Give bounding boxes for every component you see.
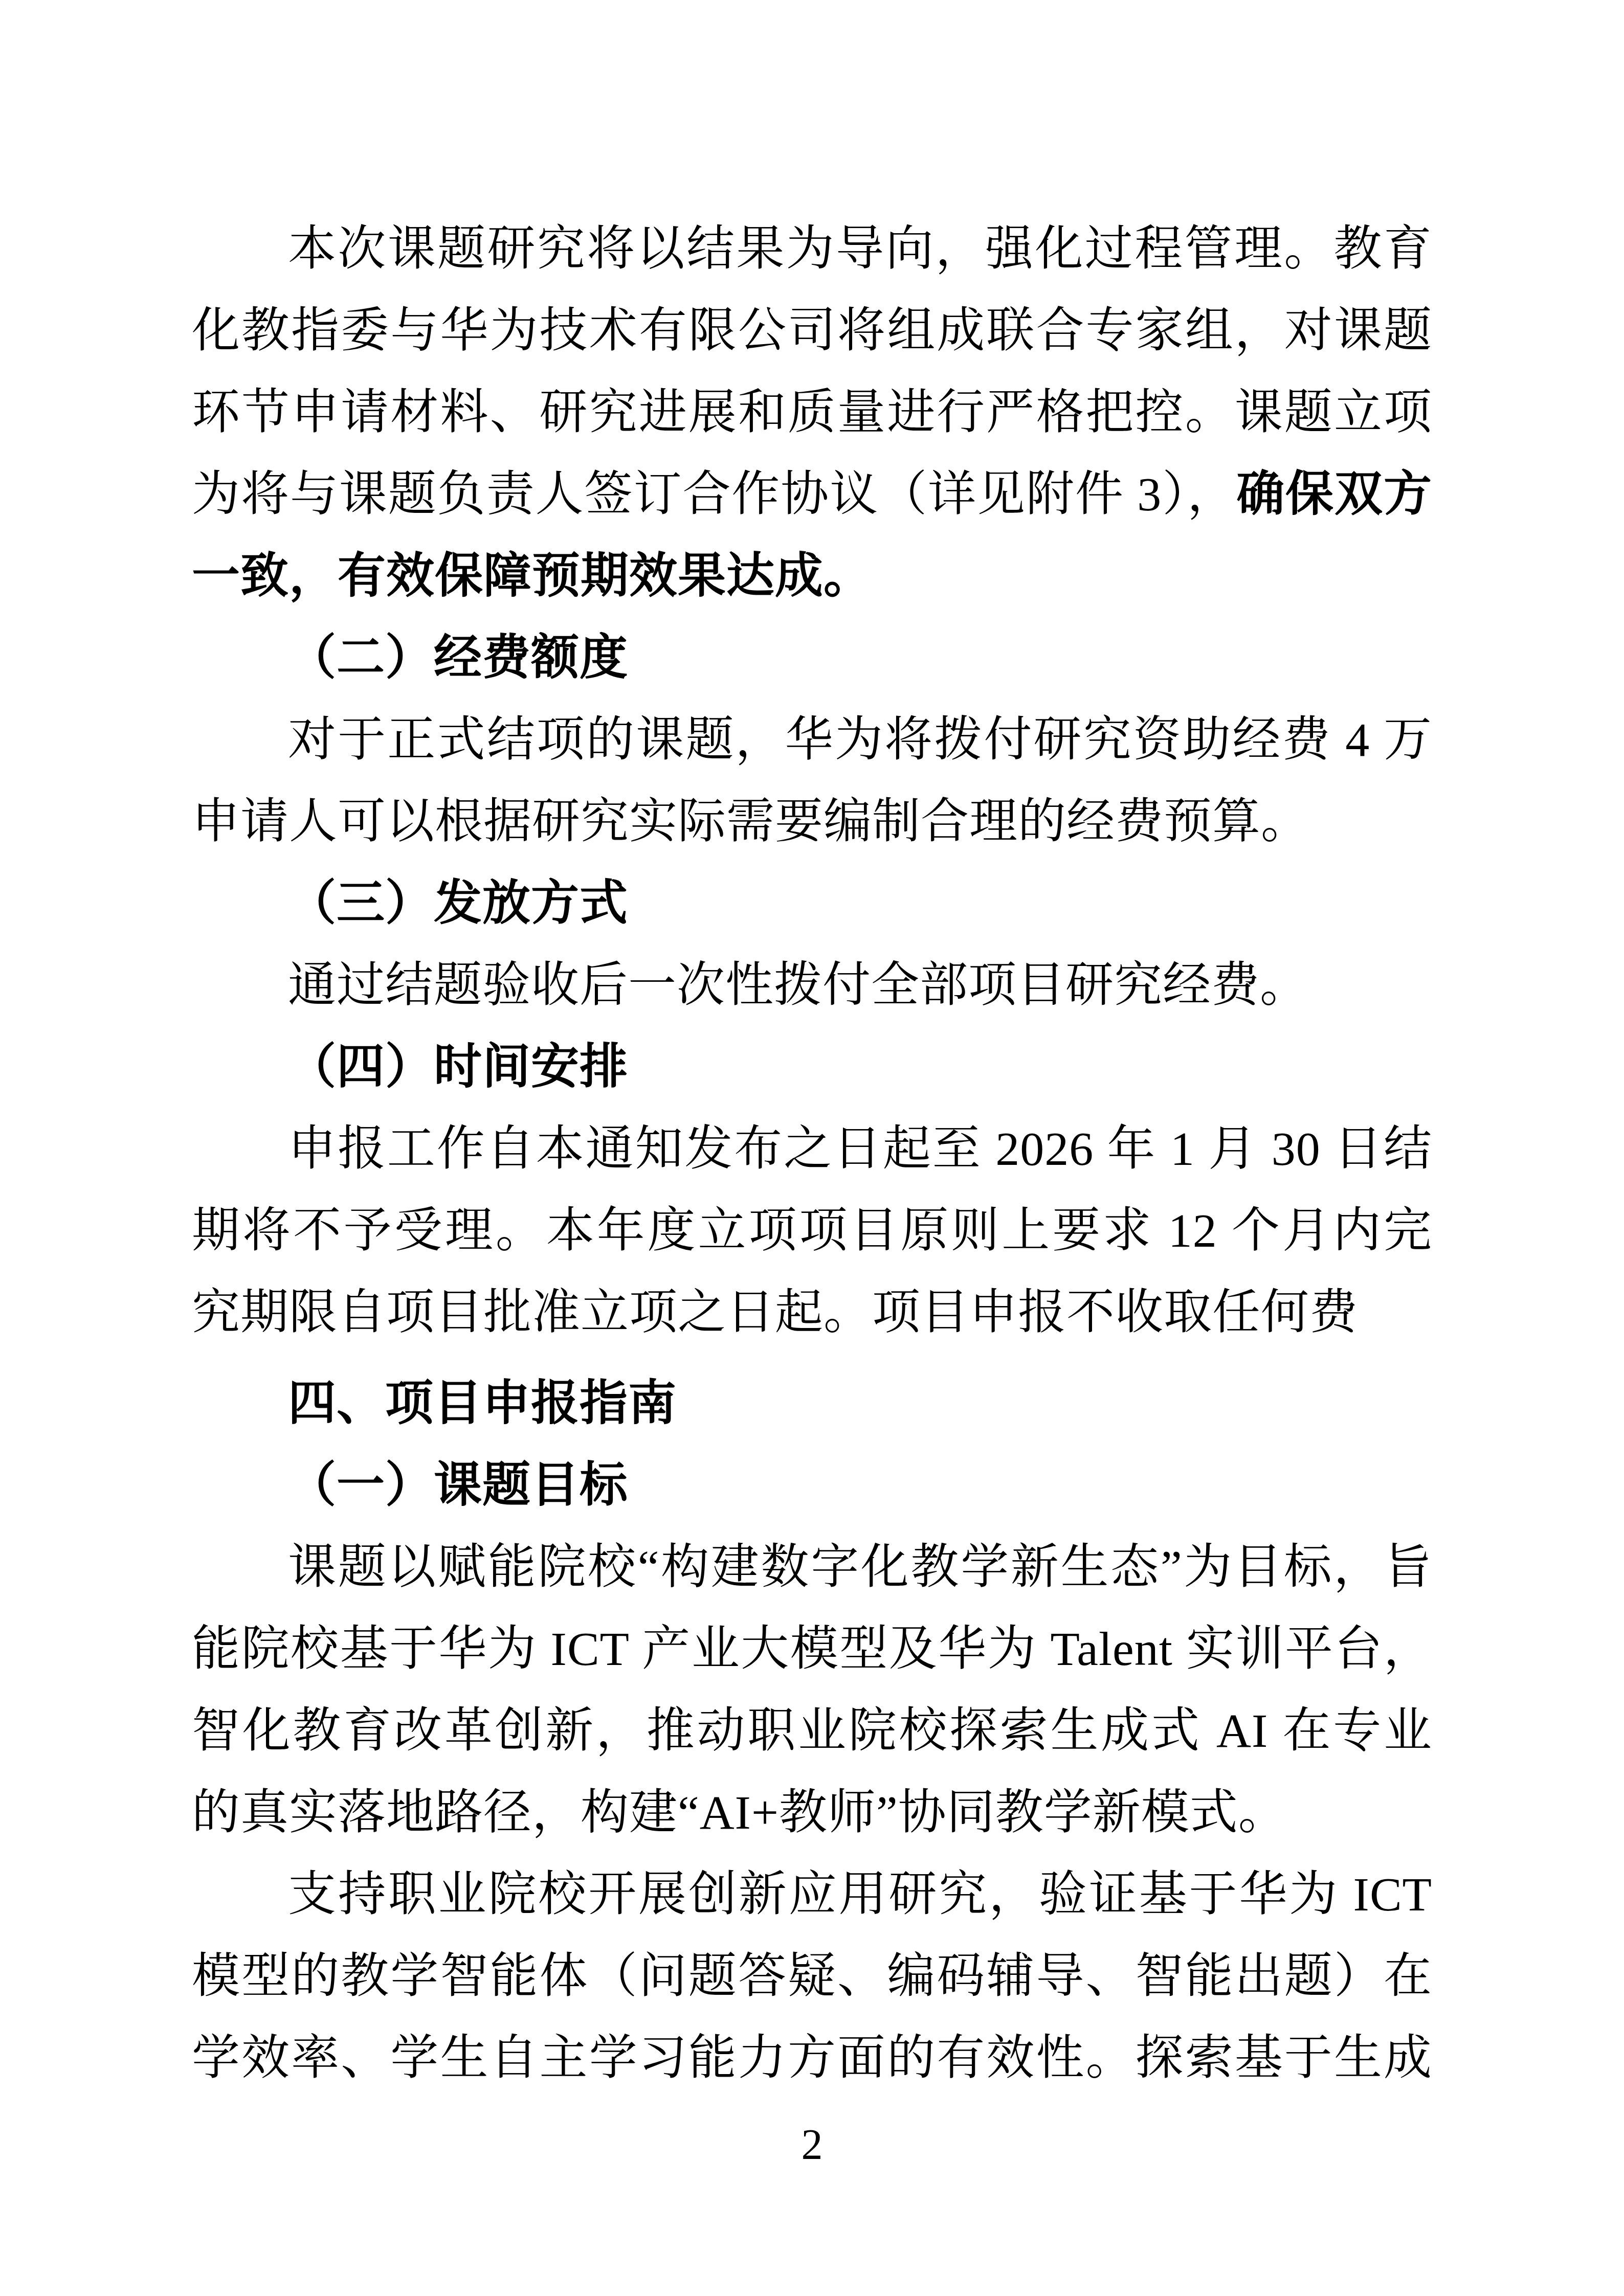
text-line: 究期限自项目批准立项之日起。项目申报不收取任何费用。 (192, 1272, 1432, 1354)
text-line: 期将不予受理。本年度立项项目原则上要求 12 个月内完成，研 (192, 1190, 1432, 1272)
text-line: 模型的教学智能体（问题答疑、编码辅导、智能出题）在提升教 (192, 1935, 1432, 2017)
document-page: 本次课题研究将以结果为导向，强化过程管理。教育部信息 化教指委与华为技术有限公司… (0, 0, 1624, 2296)
page-number: 2 (0, 2104, 1624, 2186)
text-line: 申请人可以根据研究实际需要编制合理的经费预算。 (192, 781, 1432, 863)
text-line: 环节申请材料、研究进展和质量进行严格把控。课题立项后，华 (192, 372, 1432, 454)
text-line: 本次课题研究将以结果为导向，强化过程管理。教育部信息 (192, 208, 1432, 290)
text-line: 的真实落地路径，构建“AI+教师”协同教学新模式。 (192, 1772, 1432, 1854)
heading-time-schedule: （四）时间安排 (192, 1026, 1432, 1108)
heading-funding-amount: （二）经费额度 (192, 617, 1432, 699)
text-line: 化教指委与华为技术有限公司将组成联合专家组，对课题研究各 (192, 290, 1432, 372)
text-line: 学效率、学生自主学习能力方面的有效性。探索基于生成式 AI (192, 2017, 1432, 2099)
text-line: 对于正式结项的课题，华为将拨付研究资助经费 4 万元/项。 (192, 699, 1432, 781)
text-line: 支持职业院校开展创新应用研究，验证基于华为 ICT 产业大 (192, 1854, 1432, 1935)
text-line: 申报工作自本通知发布之日起至 2026 年 1 月 30 日结束，逾 (192, 1108, 1432, 1190)
text-line: 为将与课题负责人签订合作协议（详见附件 3），确保双方目标 (192, 454, 1432, 535)
text-line: 智化教育改革创新，推动职业院校探索生成式 AI 在专业教学中 (192, 1690, 1432, 1772)
heading-disbursement-method: （三）发放方式 (192, 863, 1432, 944)
text-line: 通过结题验收后一次性拨付全部项目研究经费。 (192, 944, 1432, 1026)
text-line: 课题以赋能院校“构建数字化教学新生态”为目标，旨在赋 (192, 1526, 1432, 1608)
heading-section-4: 四、项目申报指南 (192, 1363, 1432, 1445)
heading-project-goal: （一）课题目标 (192, 1445, 1432, 1526)
text-line: 能院校基于华为 ICT 产业大模型及华为 Talent 实训平台，开展数 (192, 1608, 1432, 1690)
document-body: 本次课题研究将以结果为导向，强化过程管理。教育部信息 化教指委与华为技术有限公司… (192, 208, 1432, 2099)
text-segment: 为将与课题负责人签订合作协议（详见附件 3）， (192, 468, 1236, 521)
text-line: 一致，有效保障预期效果达成。 (192, 535, 1432, 617)
